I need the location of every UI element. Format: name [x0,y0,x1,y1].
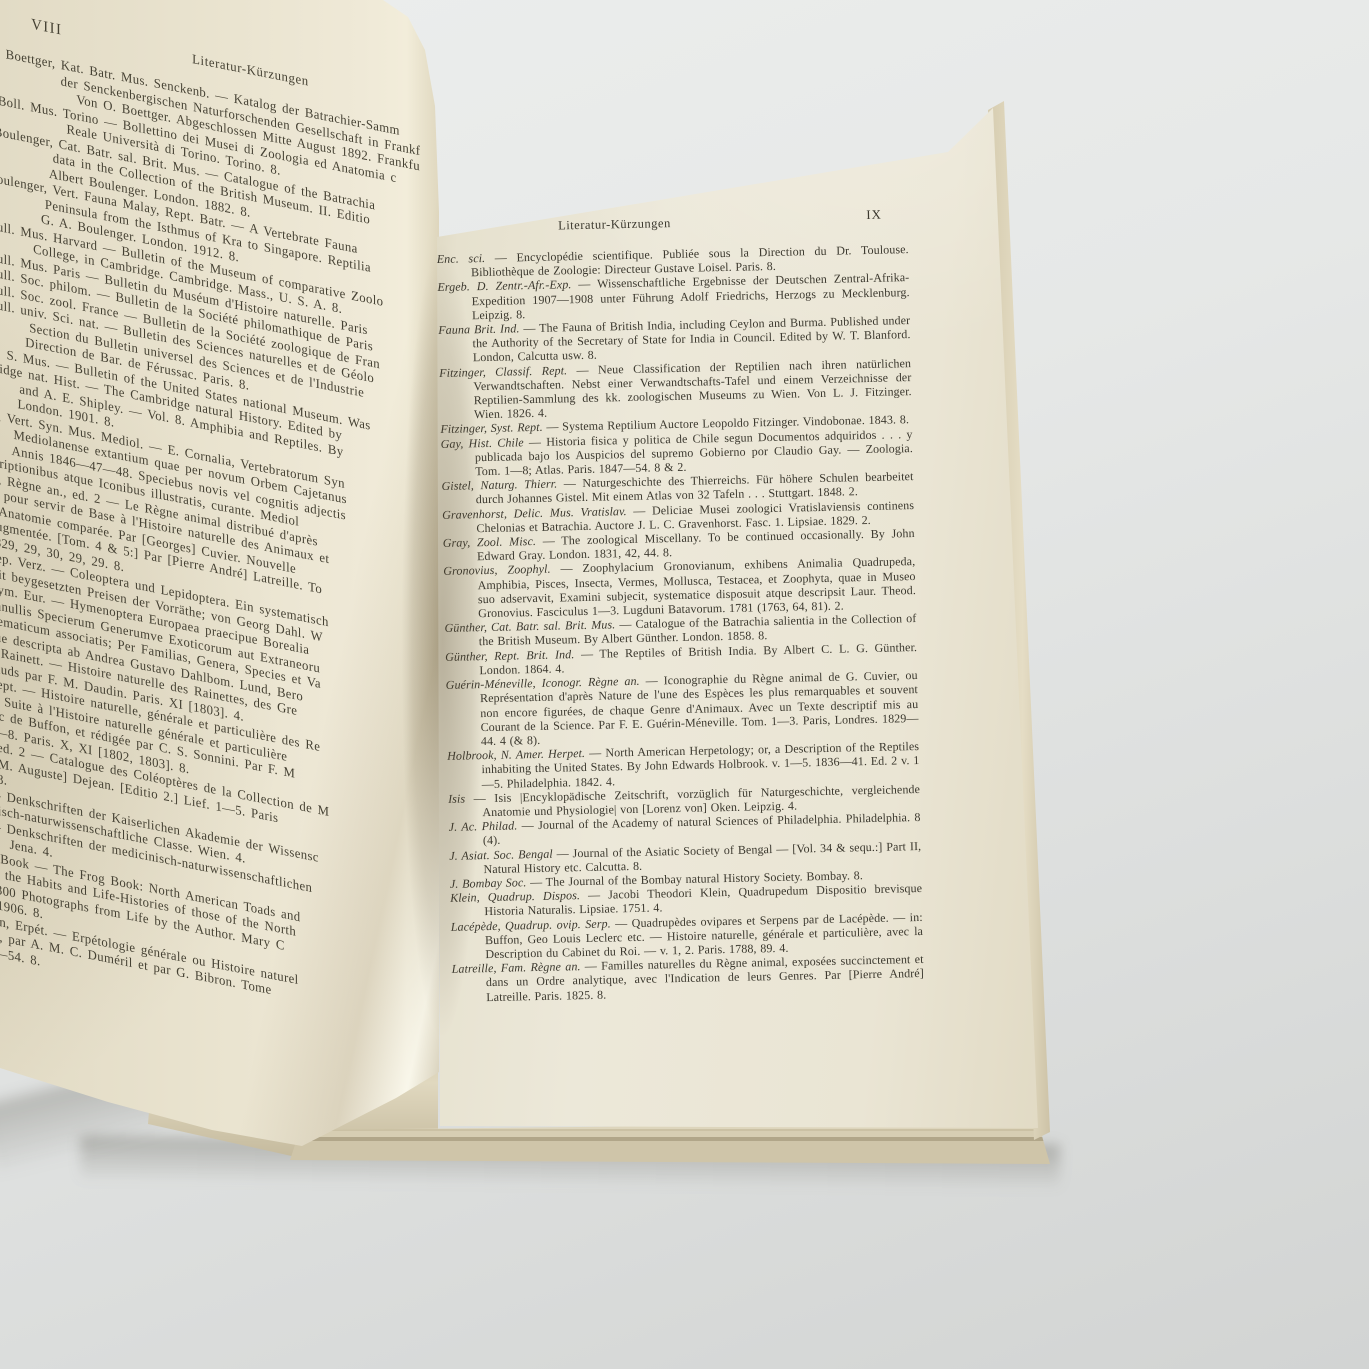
bibliography-entry: Fitzinger, Classif. Rept. — Neue Classif… [439,356,912,423]
left-page-number: VIII [31,16,62,39]
right-page-number: IX [866,208,882,223]
left-page: VIII Literatur-Kürzungen Boettger, Kat. … [0,0,452,1175]
entry-abbreviation: Gay, Hist. Chile [441,435,524,451]
right-page-text-block: Literatur-Kürzungen IX Enc. sci. — Encyc… [436,211,924,1004]
entry-abbreviation: J. Ac. Philad. [449,819,518,834]
entry-abbreviation: Fauna Brit. Ind. [438,321,519,337]
photo-of-open-book: { "photo": { "background_top": "#eceeed"… [0,0,1369,1369]
bibliography-entry: Guérin-Méneville, Iconogr. Règne an. — I… [446,668,919,749]
entry-abbreviation: J. Bombay Soc. [450,875,527,891]
right-page: Literatur-Kürzungen IX Enc. sci. — Encyc… [420,95,1065,1173]
right-page-entries: Enc. sci. — Encyclopédie scientifique. P… [437,242,925,1004]
bibliography-entry: Gronovius, Zoophyl. — Zoophylacium Grono… [443,555,916,622]
left-running-head: Literatur-Kürzungen [192,51,309,90]
bibliography-entry: Latreille, Fam. Règne an. — Familles nat… [452,952,925,1004]
right-running-head-row: Literatur-Kürzungen IX [436,211,908,239]
entry-abbreviation: Enc. sci. [437,251,486,266]
entry-abbreviation: Isis [448,791,465,805]
right-running-head: Literatur-Kürzungen [558,216,671,233]
